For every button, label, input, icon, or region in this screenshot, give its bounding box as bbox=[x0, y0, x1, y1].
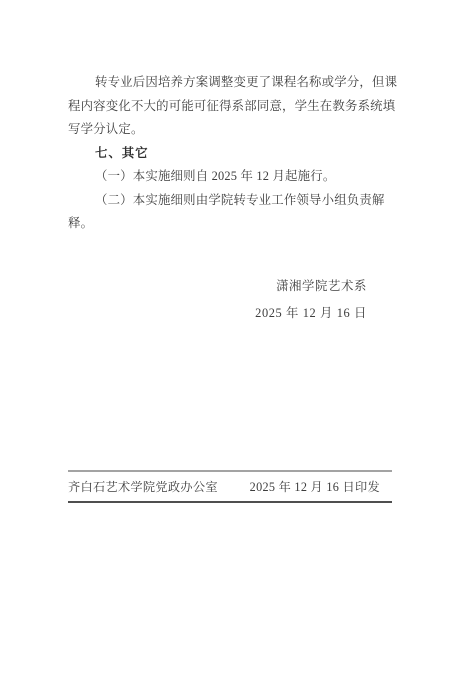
document-body: 转专业后因培养方案调整变更了课程名称或学分，但课 程内容变化不大的可能可征得系部… bbox=[68, 71, 391, 236]
signature-block: 潇湘学院艺术系 2025 年 12 月 16 日 bbox=[68, 273, 367, 327]
paragraph-line: 转专业后因培养方案调整变更了课程名称或学分，但课 bbox=[68, 71, 391, 95]
document-page: 转专业后因培养方案调整变更了课程名称或学分，但课 程内容变化不大的可能可征得系部… bbox=[0, 0, 450, 700]
footer-print-date: 2025 年 12 月 16 日印发 bbox=[250, 478, 392, 495]
section-heading: 七、其它 bbox=[68, 142, 391, 166]
footer-issuer: 齐白石艺术学院党政办公室 bbox=[68, 478, 218, 495]
imprint-footer: 齐白石艺术学院党政办公室 2025 年 12 月 16 日印发 bbox=[68, 470, 392, 503]
signature-date: 2025 年 12 月 16 日 bbox=[68, 300, 367, 327]
signature-organization: 潇湘学院艺术系 bbox=[68, 273, 367, 300]
list-item-2-line-1: （二）本实施细则由学院转专业工作领导小组负责解 bbox=[68, 189, 391, 213]
paragraph-line: 程内容变化不大的可能可征得系部同意，学生在教务系统填 bbox=[68, 95, 391, 119]
paragraph-line: 写学分认定。 bbox=[68, 118, 391, 142]
list-item-1: （一）本实施细则自 2025 年 12 月起施行。 bbox=[68, 165, 391, 189]
list-item-2-line-2: 释。 bbox=[68, 212, 391, 236]
